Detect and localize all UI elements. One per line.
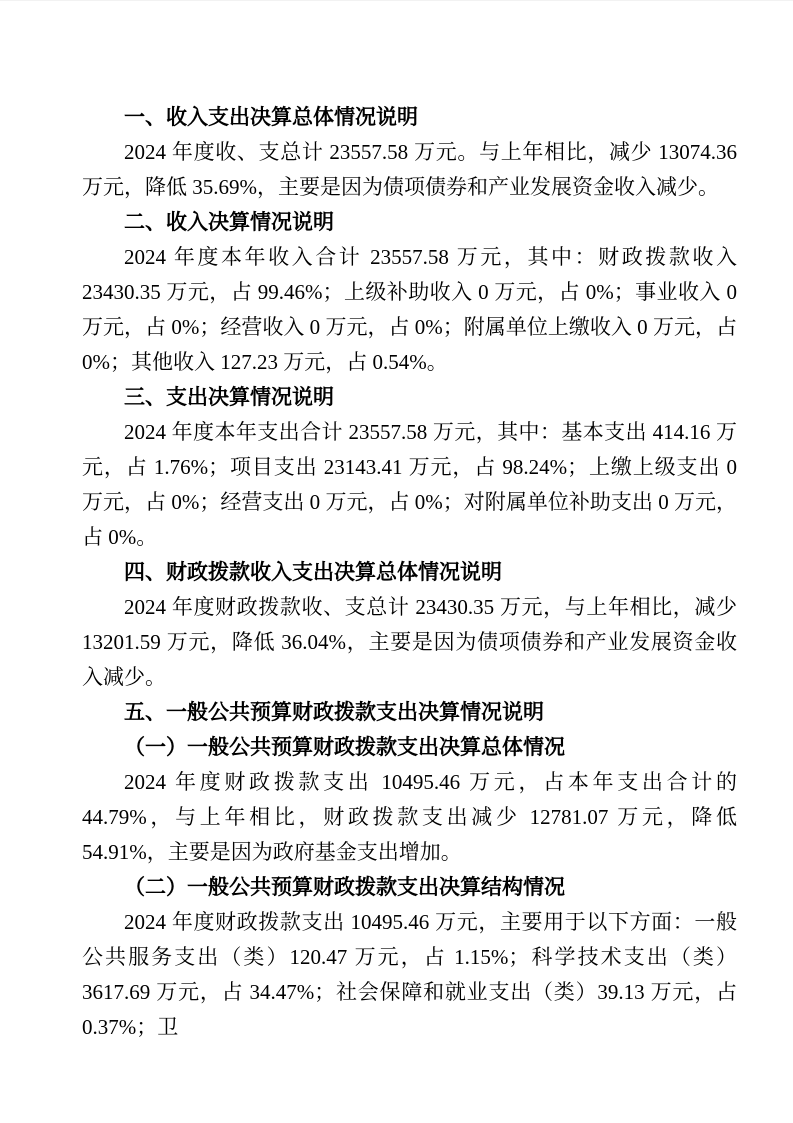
section-1-heading: 一、收入支出决算总体情况说明 xyxy=(82,100,737,135)
section-1-paragraph: 2024 年度收、支总计 23557.58 万元。与上年相比，减少 13074.… xyxy=(82,135,737,205)
subsection-5-2-paragraph: 2024 年度财政拨款支出 10495.46 万元，主要用于以下方面：一般公共服… xyxy=(82,905,737,1045)
subsection-5-1-heading: （一）一般公共预算财政拨款支出决算总体情况 xyxy=(82,730,737,765)
document-page: { "page": { "background_color": "#ffffff… xyxy=(0,0,793,1123)
section-4-paragraph: 2024 年度财政拨款收、支总计 23430.35 万元，与上年相比，减少 13… xyxy=(82,590,737,695)
section-3-paragraph: 2024 年度本年支出合计 23557.58 万元，其中：基本支出 414.16… xyxy=(82,415,737,555)
section-4-heading: 四、财政拨款收入支出决算总体情况说明 xyxy=(82,555,737,590)
document-body: 一、收入支出决算总体情况说明 2024 年度收、支总计 23557.58 万元。… xyxy=(82,100,737,1045)
section-5-heading: 五、一般公共预算财政拨款支出决算情况说明 xyxy=(82,695,737,730)
subsection-5-1-paragraph: 2024 年度财政拨款支出 10495.46 万元，占本年支出合计的 44.79… xyxy=(82,765,737,870)
section-2-paragraph: 2024 年度本年收入合计 23557.58 万元，其中：财政拨款收入 2343… xyxy=(82,240,737,380)
section-3-heading: 三、支出决算情况说明 xyxy=(82,380,737,415)
section-2-heading: 二、收入决算情况说明 xyxy=(82,205,737,240)
subsection-5-2-heading: （二）一般公共预算财政拨款支出决算结构情况 xyxy=(82,870,737,905)
